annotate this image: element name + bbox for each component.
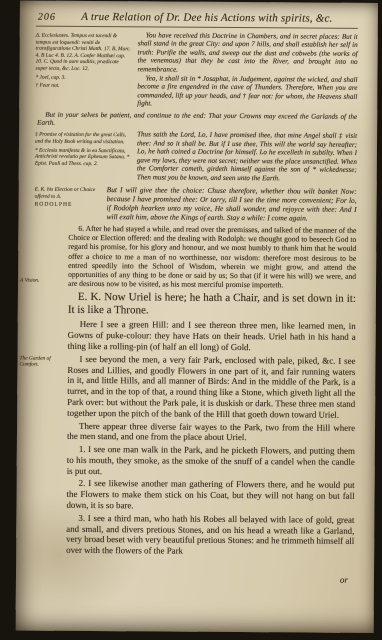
section-choice: E. K. his Election or Choice offered to …	[34, 185, 356, 223]
margin-column-3: E. K. his Election or Choice offered to …	[35, 185, 107, 211]
main-column-2: Thus saith the Lord, Lo, I have promised…	[137, 131, 357, 184]
paragraph-fair-park: I see beyond the men, a very fair Park, …	[67, 354, 355, 421]
section-promise: ‡ Promise of visitation for the great Ca…	[35, 130, 357, 184]
paragraph-ek-uriel-throne: E. K. Now Uriel is here; he hath a Chair…	[68, 291, 356, 319]
section-vision: A Vision. 6. After he had stayed a while…	[32, 224, 356, 558]
page-content: 206 A true Relation of Dr. Dee his Actio…	[16, 1, 378, 615]
margin-note-garden-of-comfort: The Garden of Comfort.	[19, 355, 63, 368]
main-column-1: You have received this Doctrine in Chamb…	[137, 31, 358, 110]
paragraph-thus-saith: Thus saith the Lord, Lo, I have promised…	[137, 131, 357, 183]
paragraph-second-man: 2. I see likewise another man gathering …	[66, 478, 354, 512]
paragraph-josaphat: Yea, it shall sit in * Josaphat, in Judg…	[137, 74, 357, 109]
margin-column-1: Δ. Ecclesiastes. Tempus est tacendi & te…	[35, 31, 137, 92]
margin-column-2: ‡ Promise of visitation for the great Ca…	[35, 130, 137, 170]
scanned-book-photo: 206 A true Relation of Dr. Dee his Actio…	[0, 0, 382, 640]
paragraph-deliberation: 6. After he had stayed a while, and read…	[68, 224, 356, 290]
section-doctrine: Δ. Ecclesiastes. Tempus est tacendi & te…	[35, 31, 358, 111]
margin-note-ecclesia: * Ecclesia manifesta & in ea Sanctificat…	[35, 147, 131, 167]
paragraph-third-man: 3. I see a third man, who hath his Robes…	[66, 513, 354, 558]
header-rule	[36, 26, 358, 29]
margin-note-latin: Δ. Ecclesiastes. Tempus est tacendi & te…	[36, 33, 132, 73]
main-column-3: But I will give thee the choice: Chuse t…	[106, 185, 356, 223]
margin-note-joel: * Joel, cap. 3.	[35, 74, 131, 81]
margin-note-a-vision: A Vision.	[20, 277, 64, 284]
paragraph-doctrine: You have received this Doctrine in Chamb…	[138, 31, 358, 75]
running-header: 206 A true Relation of Dr. Dee his Actio…	[36, 11, 358, 25]
row-park: The Garden of Comfort. I see beyond the …	[33, 353, 355, 420]
paragraph-three-wayes: There appear three diverse fair wayes to…	[67, 420, 355, 444]
paragraph-first-man: 1. I see one man walk in the Park, and h…	[67, 444, 355, 478]
paragraph-crowns: But in your selves be patient, and conti…	[37, 110, 357, 129]
row-deliberation: A Vision. 6. After he had stayed a while…	[34, 224, 356, 291]
margin-note-rodolphe: RODOLPHE	[35, 202, 101, 209]
margin-note-election: E. K. his Election or Choice offered to …	[35, 187, 101, 201]
running-header-title: A true Relation of Dr. Dee his Actions w…	[56, 11, 358, 25]
margin-note-fear-not: † Fear not.	[35, 83, 131, 90]
paragraph-green-hill: Here I see a green Hill: and I see there…	[68, 319, 356, 353]
margin-note-promise: ‡ Promise of visitation for the great Ca…	[35, 132, 131, 146]
paragraph-choice: But I will give thee the choice: Chuse t…	[106, 185, 356, 223]
page-number: 206	[38, 12, 56, 23]
catchword: or	[340, 575, 348, 585]
book-page: 206 A true Relation of Dr. Dee his Actio…	[16, 1, 378, 633]
